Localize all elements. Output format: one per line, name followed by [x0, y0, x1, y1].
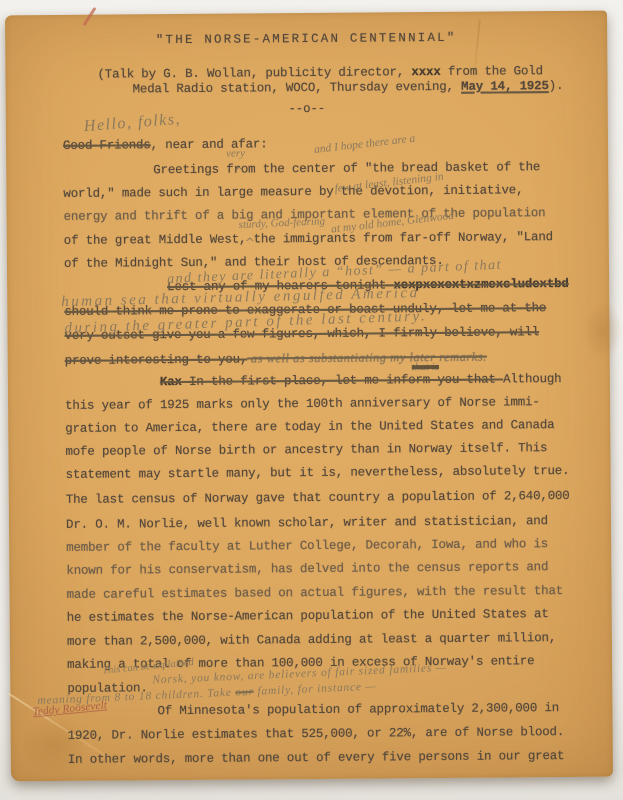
handwritten-aside-line: and I hope there are a	[313, 129, 445, 157]
caret-mark: ^	[234, 165, 244, 179]
handwritten-aside: and I hope there are a few at least, lis…	[310, 102, 457, 264]
typed-line: Dr. O. M. Norlie, well known scholar, wr…	[66, 514, 548, 532]
handwritten-text: family, for instance —	[254, 681, 377, 698]
byline-text: Medal Radio station, WOCO, Thursday even…	[133, 80, 462, 97]
typed-line: mofe people of Norse birth or ancestry t…	[65, 441, 547, 459]
typed-over-x: Kax	[160, 375, 182, 389]
byline-text: from the Gold	[441, 64, 543, 79]
typed-line: of the great Middle West, the immigrants…	[64, 230, 553, 248]
typed-line: made careful estimates based on actual f…	[66, 584, 563, 602]
byline-text: (Talk by G. B. Wollan, publicity directo…	[97, 65, 411, 81]
handwritten-aside-line: few at least, listening in	[318, 170, 450, 198]
caret-mark: ^	[245, 235, 255, 249]
document-title: "THE NORSE-AMERICAN CENTENNIAL"	[5, 30, 607, 49]
struck-text: Good Friends	[63, 138, 151, 153]
underlined-date: May 14, 1925	[461, 79, 549, 94]
struck-handwriting: as well as substantiating my later remar…	[247, 350, 487, 366]
typed-over-x: xexpxexextxzmexcludextbd	[393, 277, 568, 292]
typed-line: statement may startle many, but it is, n…	[66, 464, 570, 482]
typed-line: known for his conservatism, has delved i…	[66, 560, 548, 578]
typed-line: In other words, more than one out of eve…	[68, 749, 565, 767]
struck-typed-line: Kax In the first place, let me inform yo…	[160, 372, 562, 389]
typed-line: The last census of Norway gave that coun…	[66, 489, 570, 507]
struck-handwriting: our	[235, 686, 254, 699]
typed-line: world," made such in large measure by th…	[63, 183, 523, 201]
typed-line: this year of 1925 marks only the 100th a…	[65, 395, 540, 413]
struck-text: prove interesting to you,	[65, 352, 248, 367]
typed-line: 1920, Dr. Norlie estimates that 525,000,…	[68, 725, 565, 743]
typed-line: gration to America, there are today in t…	[65, 418, 554, 436]
typed-line: Of Minnesota's population of approximate…	[157, 701, 559, 718]
paper-stain	[582, 301, 622, 361]
byline-line-2: Medal Radio station, WOCO, Thursday even…	[133, 79, 564, 96]
typed-text: Although	[503, 372, 562, 386]
typed-line: member of the faculty at Luther College,…	[66, 537, 548, 555]
handwritten-aside-line: at my old home, Glenwood	[323, 210, 455, 238]
struck-text: In the first place, let me inform you th…	[182, 372, 503, 389]
typed-text: , near and afar:	[151, 137, 268, 152]
manuscript-page: "THE NORSE-AMERICAN CENTENNIAL" (Talk by…	[5, 11, 613, 782]
typed-line: more than 2,500,000, with Canada adding …	[67, 631, 556, 649]
typed-over-x: xxxx	[411, 65, 440, 79]
scribbled-out-word: that is	[412, 361, 439, 373]
typed-line: he estimates the Norse-American populati…	[67, 607, 549, 625]
section-divider: --o--	[6, 100, 608, 119]
byline-text: ).	[549, 79, 564, 93]
inserted-word-very: very	[226, 147, 245, 159]
inserted-phrase-sturdy: sturdy, God-fearing	[238, 215, 325, 231]
